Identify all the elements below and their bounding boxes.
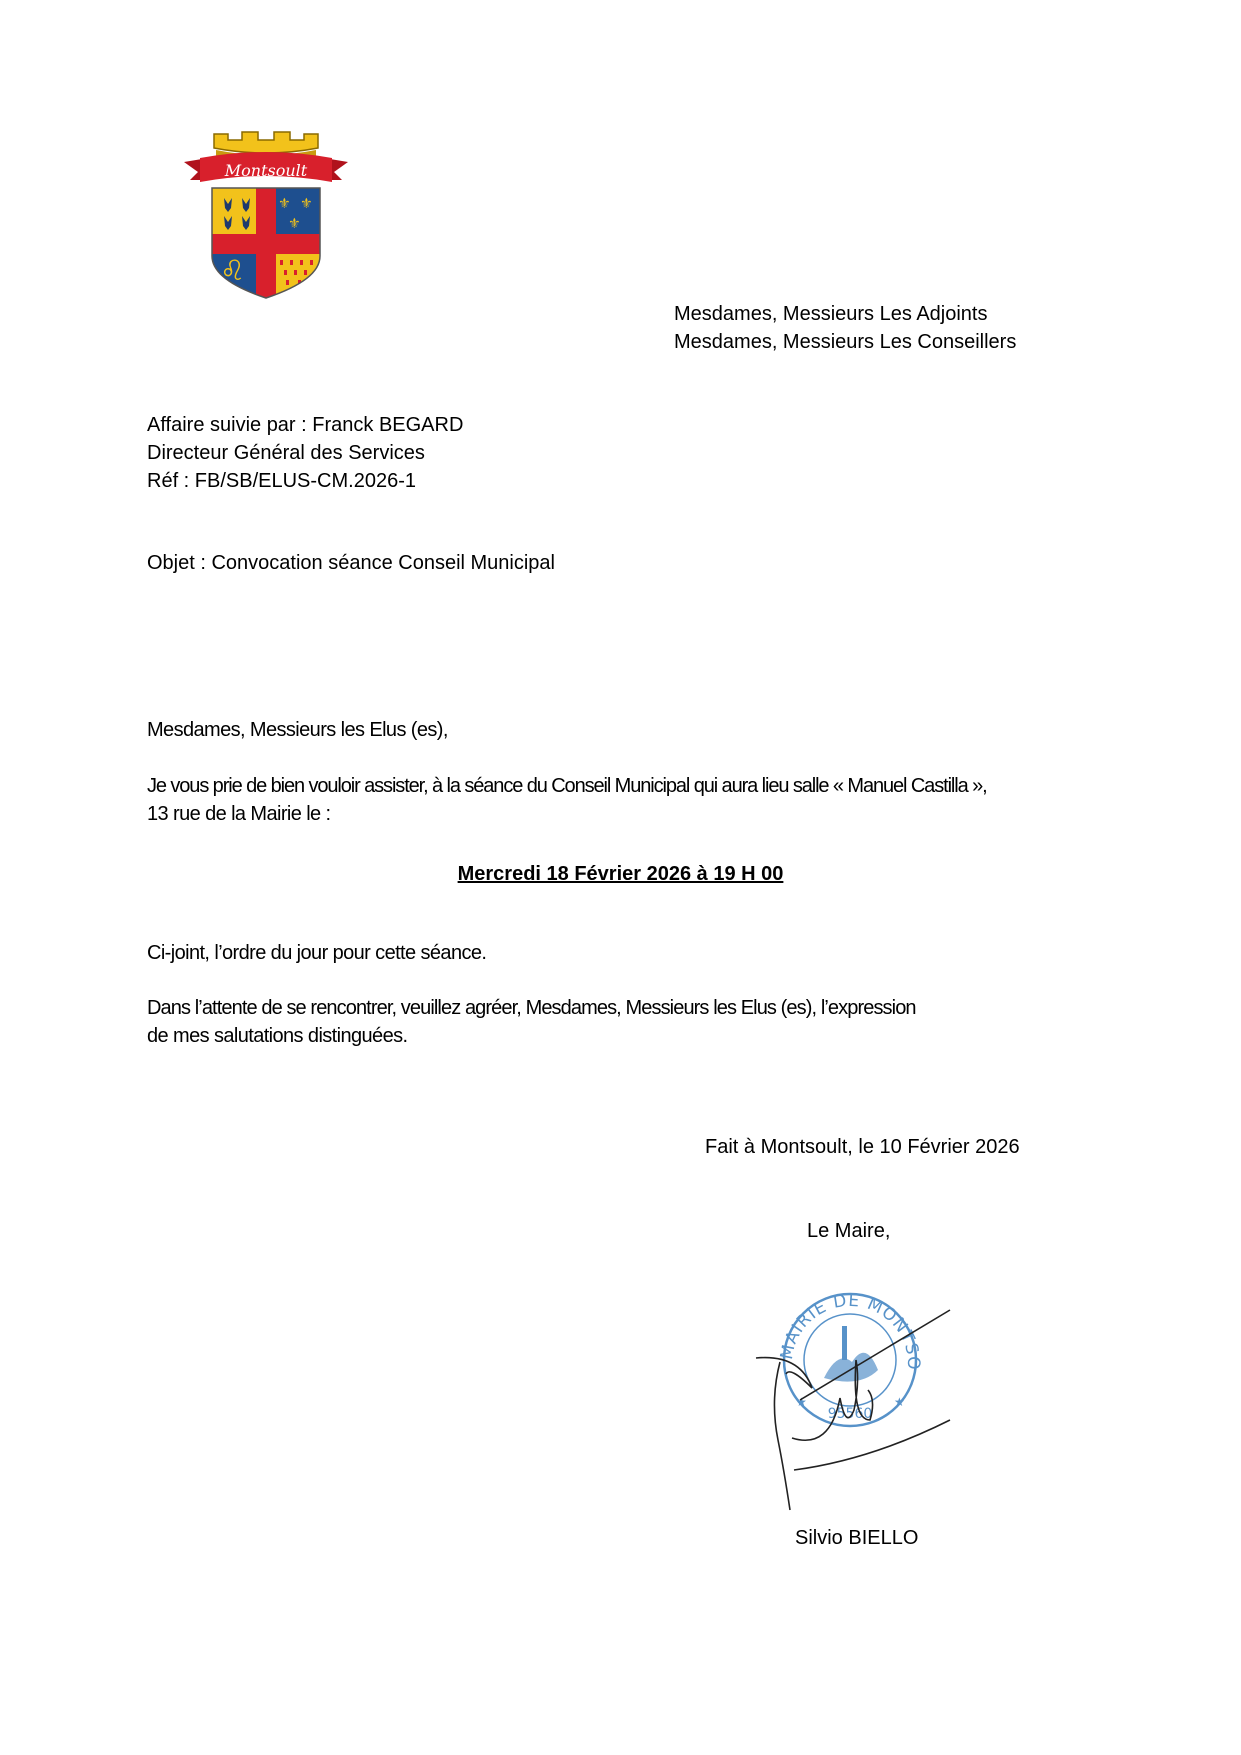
closing-line: de mes salutations distinguées.: [147, 1022, 407, 1050]
subject: Objet : Convocation séance Conseil Munic…: [147, 549, 555, 577]
recipient-line: Mesdames, Messieurs Les Adjoints: [674, 300, 987, 328]
svg-text:Montsoult: Montsoult: [224, 161, 308, 180]
svg-text:⚜: ⚜: [278, 196, 291, 212]
recipient-line: Mesdames, Messieurs Les Conseillers: [674, 328, 1016, 356]
closing-line: Dans l’attente de se rencontrer, veuille…: [147, 994, 916, 1022]
svg-text:★: ★: [894, 1395, 905, 1409]
svg-text:⚜: ⚜: [300, 196, 313, 212]
meeting-date: Mercredi 18 Février 2026 à 19 H 00: [0, 860, 1241, 888]
signatory-name: Silvio BIELLO: [795, 1524, 918, 1552]
svg-text:MAIRIE DE MONTSOULT: MAIRIE DE MONTSOULT: [720, 1270, 923, 1371]
svg-text:♌: ♌: [220, 254, 245, 287]
svg-text:⚜: ⚜: [288, 216, 301, 232]
salutation: Mesdames, Messieurs les Elus (es),: [147, 716, 448, 744]
invitation-line: 13 rue de la Mairie le :: [147, 800, 330, 828]
meeting-date-text: Mercredi 18 Février 2026 à 19 H 00: [458, 863, 784, 885]
invitation-line: Je vous prie de bien vouloir assister, à…: [147, 772, 987, 800]
reference: Réf : FB/SB/ELUS-CM.2026-1: [147, 467, 416, 495]
sender-title: Directeur Général des Services: [147, 439, 425, 467]
official-stamp-signature: MAIRIE DE MONTSOULT 95560 ★ ★: [720, 1270, 960, 1530]
stamp-icon: MAIRIE DE MONTSOULT 95560 ★ ★: [720, 1270, 923, 1426]
followed-by: Affaire suivie par : Franck BEGARD: [147, 411, 463, 439]
place-date: Fait à Montsoult, le 10 Février 2026: [705, 1133, 1020, 1161]
signatory-role: Le Maire,: [807, 1217, 890, 1245]
coat-of-arms-logo: Montsoult ⚜ ⚜ ⚜ ♌: [180, 128, 352, 300]
attachment-note: Ci-joint, l’ordre du jour pour cette séa…: [147, 939, 486, 967]
